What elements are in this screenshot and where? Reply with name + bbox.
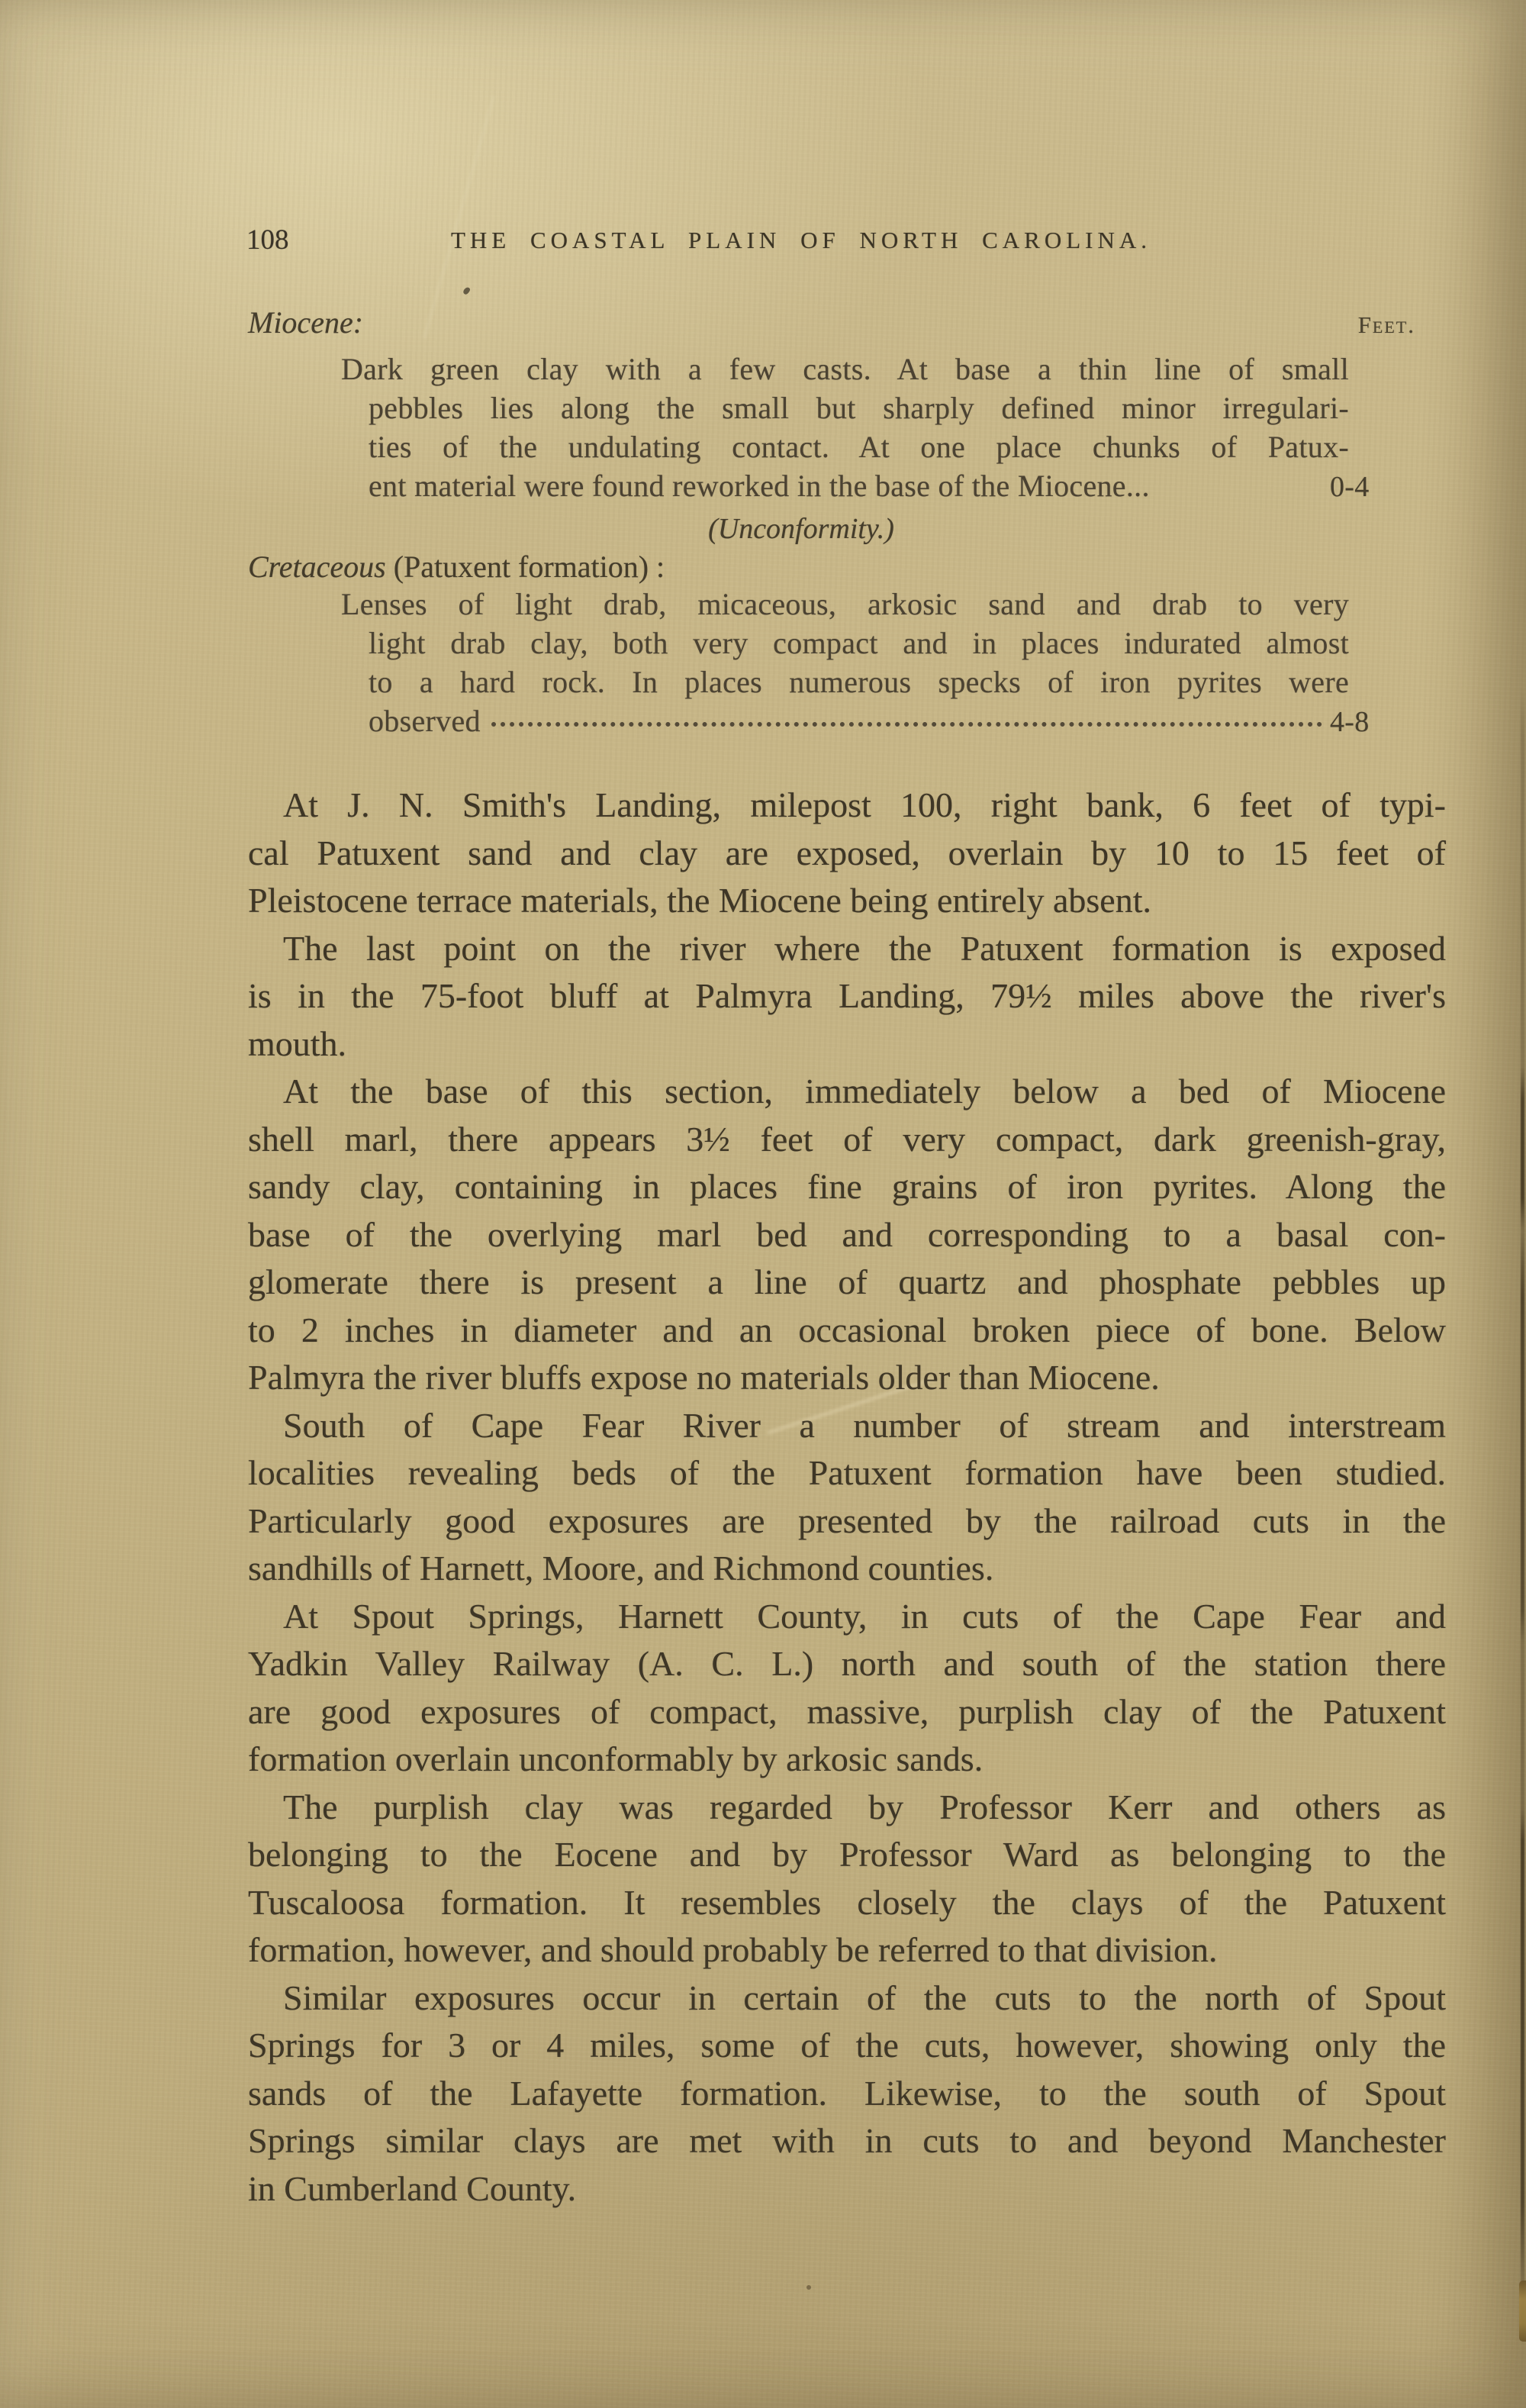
- body-text: At J. N. Smith's Landing, milepost 100, …: [248, 782, 1446, 2213]
- body-line: belonging to the Eocene and by Professor…: [248, 1831, 1446, 1879]
- unconformity-label: (Unconformity.): [248, 511, 1446, 547]
- section-entry-line: Dark green clay with a few casts. At bas…: [369, 350, 1349, 388]
- body-line: Pleistocene terrace materials, the Mioce…: [248, 877, 1446, 925]
- body-line: in Cumberland County.: [248, 2165, 1446, 2213]
- measured-section-entry-cretaceous: Lenses of light drab, micaceous, arkosic…: [248, 585, 1446, 742]
- body-line: Tuscaloosa formation. It resembles close…: [248, 1879, 1446, 1927]
- body-line: sands of the Lafayette formation. Likewi…: [248, 2070, 1446, 2118]
- body-line: The purplish clay was regarded by Profes…: [248, 1784, 1446, 1832]
- body-line: is in the 75-foot bluff at Palmyra Landi…: [248, 972, 1446, 1020]
- section-entry-line: light drab clay, both very compact and i…: [369, 624, 1349, 662]
- body-line: localities revealing beds of the Patuxen…: [248, 1449, 1446, 1497]
- page-content: 108 THE COASTAL PLAIN OF NORTH CAROLINA.…: [248, 224, 1446, 2213]
- feet-column-label: Feet.: [1358, 307, 1446, 343]
- running-title: THE COASTAL PLAIN OF NORTH CAROLINA.: [248, 227, 1354, 254]
- body-line: Springs for 3 or 4 miles, some of the cu…: [248, 2022, 1446, 2070]
- body-paragraph: The last point on the river where the Pa…: [248, 925, 1446, 1069]
- page-header: 108 THE COASTAL PLAIN OF NORTH CAROLINA.: [248, 224, 1446, 256]
- body-line: glomerate there is present a line of qua…: [248, 1259, 1446, 1307]
- body-paragraph: Similar exposures occur in certain of th…: [248, 1974, 1446, 2213]
- body-line: Similar exposures occur in certain of th…: [248, 1974, 1446, 2023]
- feet-value: 4-8: [1330, 703, 1446, 742]
- section-entry-line: ties of the undulating contact. At one p…: [369, 427, 1349, 466]
- body-line: sandy clay, containing in places fine gr…: [248, 1163, 1446, 1211]
- cretaceous-heading-italic: Cretaceous: [248, 550, 386, 584]
- body-paragraph: South of Cape Fear River a number of str…: [248, 1402, 1446, 1593]
- leader-dots: [491, 722, 1322, 727]
- body-line: sandhills of Harnett, Moore, and Richmon…: [248, 1545, 1446, 1593]
- body-line: At J. N. Smith's Landing, milepost 100, …: [248, 782, 1446, 830]
- body-line: Particularly good exposures are presente…: [248, 1497, 1446, 1546]
- body-paragraph: At Spout Springs, Harnett County, in cut…: [248, 1593, 1446, 1784]
- body-line: Springs similar clays are met with in cu…: [248, 2117, 1446, 2165]
- cretaceous-heading: Cretaceous (Patuxent formation) :: [248, 550, 1446, 585]
- section-entry-text: observed: [369, 701, 481, 740]
- section-heading-row: Miocene: Feet.: [248, 305, 1446, 343]
- page-edge-mark: [1519, 2281, 1526, 2342]
- ink-speck: [806, 2285, 811, 2290]
- body-paragraph: At J. N. Smith's Landing, milepost 100, …: [248, 782, 1446, 925]
- body-line: Palmyra the river bluffs expose no mater…: [248, 1354, 1446, 1402]
- body-line: Yadkin Valley Railway (A. C. L.) north a…: [248, 1640, 1446, 1688]
- section-entry-line: observed 4-8: [369, 701, 1446, 742]
- body-line: mouth.: [248, 1020, 1446, 1069]
- body-line: At the base of this section, immediately…: [248, 1068, 1446, 1116]
- section-entry-line: to a hard rock. In places numerous speck…: [369, 662, 1349, 701]
- body-paragraph: At the base of this section, immediately…: [248, 1068, 1446, 1402]
- body-line: cal Patuxent sand and clay are exposed, …: [248, 830, 1446, 878]
- feet-value: 0-4: [1330, 468, 1446, 507]
- body-line: South of Cape Fear River a number of str…: [248, 1402, 1446, 1450]
- body-line: are good exposures of compact, massive, …: [248, 1688, 1446, 1736]
- body-line: to 2 inches in diameter and an occasiona…: [248, 1307, 1446, 1355]
- body-line: The last point on the river where the Pa…: [248, 925, 1446, 973]
- miocene-heading: Miocene:: [248, 305, 363, 341]
- body-line: At Spout Springs, Harnett County, in cut…: [248, 1593, 1446, 1641]
- body-line: formation, however, and should probably …: [248, 1926, 1446, 1974]
- body-paragraph: The purplish clay was regarded by Profes…: [248, 1784, 1446, 1974]
- measured-section-entry-miocene: Dark green clay with a few casts. At bas…: [248, 350, 1446, 507]
- page-edge-shadow: [1521, 687, 1524, 2335]
- body-line: shell marl, there appears 3½ feet of ver…: [248, 1116, 1446, 1164]
- section-entry-text: ent material were found reworked in the …: [369, 466, 1150, 505]
- body-line: formation overlain unconformably by arko…: [248, 1736, 1446, 1784]
- section-entry-line: Lenses of light drab, micaceous, arkosic…: [369, 585, 1349, 624]
- section-entry-line: ent material were found reworked in the …: [369, 466, 1446, 507]
- cretaceous-heading-roman: (Patuxent formation) :: [386, 550, 665, 584]
- section-entry-line: pebbles lies along the small but sharply…: [369, 388, 1349, 427]
- body-line: base of the overlying marl bed and corre…: [248, 1211, 1446, 1259]
- scanned-book-page: 108 THE COASTAL PLAIN OF NORTH CAROLINA.…: [0, 0, 1526, 2408]
